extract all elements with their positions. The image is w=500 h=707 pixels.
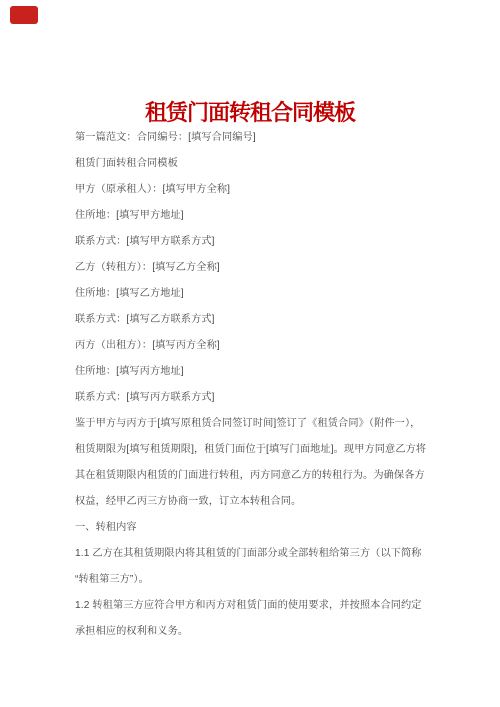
text-line: 承担相应的权利和义务。 [75,619,435,645]
text-line: 乙方（转租方）：[填写乙方全称] [75,255,435,281]
text-line: 一、转租内容 [75,515,435,541]
document-body: 第一篇范文：合同编号：[填写合同编号] 租赁门面转租合同模板 甲方（原承租人）：… [75,125,435,645]
document-title: 租赁门面转租合同模板 [0,99,500,127]
text-line: 联系方式：[填写甲方联系方式] [75,229,435,255]
text-line: 租赁期限为[填写租赁期限]，租赁门面位于[填写门面地址]。现甲方同意乙方将 [75,437,435,463]
text-line: 联系方式：[填写丙方联系方式] [75,385,435,411]
text-line: 丙方（出租方）：[填写丙方全称] [75,333,435,359]
text-line: 鉴于甲方与丙方于[填写原租赁合同签订时间]签订了《租赁合同》（附件一）， [75,411,435,437]
text-line: 住所地：[填写甲方地址] [75,203,435,229]
text-line: 租赁门面转租合同模板 [75,151,435,177]
text-line: 权益，经甲乙丙三方协商一致，订立本转租合同。 [75,489,435,515]
text-line: 1.2 转租第三方应符合甲方和丙方对租赁门面的使用要求，并按照本合同约定 [75,593,435,619]
text-line: “转租第三方”）。 [75,567,435,593]
text-line: 甲方（原承租人）：[填写甲方全称] [75,177,435,203]
text-line: 第一篇范文：合同编号：[填写合同编号] [75,125,435,151]
text-line: 住所地：[填写丙方地址] [75,359,435,385]
text-line: 联系方式：[填写乙方联系方式] [75,307,435,333]
text-line: 住所地：[填写乙方地址] [75,281,435,307]
text-line: 1.1 乙方在其租赁期限内将其租赁的门面部分或全部转租给第三方（以下简称 [75,541,435,567]
red-corner-badge [10,6,38,24]
text-line: 其在租赁期限内租赁的门面进行转租，丙方同意乙方的转租行为。为确保各方 [75,463,435,489]
